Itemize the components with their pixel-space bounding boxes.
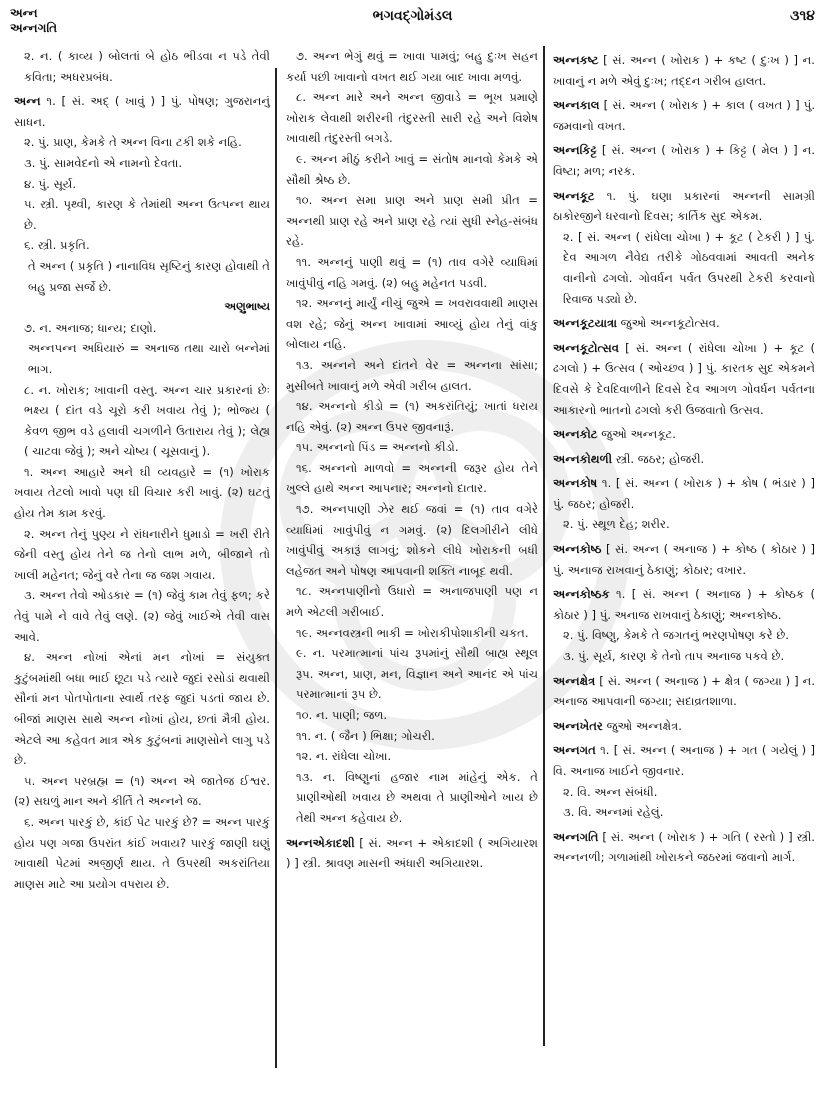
entry-text: જુઓ અન્નકૂટોત્સવ.	[617, 316, 720, 330]
sense-entry: ૯. ન. પરમાત્માનાં પાંચ રૂપમાંનું સૌથી બા…	[286, 643, 538, 705]
idiom-entry: ૩. અન્ન તેવો ઓડકાર = (૧) જેવું કામ તેવું…	[14, 585, 270, 647]
sense-entry: ૬. સ્ત્રી. પ્રકૃતિ.	[14, 235, 270, 256]
column-middle: ૭. અન્ન ભેગું થવું = ખાવા પામવું; બહુ દુ…	[286, 46, 538, 1086]
entry-text: ૧૧. ન. ( જૈન ) ભિક્ષા; ગોચરી.	[296, 729, 435, 743]
entry-text: ૨. અન્ન તેનું પુણ્ય ને રાંધનારીને ધુમાડો…	[14, 527, 270, 582]
headword: અન્ન	[14, 94, 41, 108]
idiom-entry: ૧૧. અન્નનું પાણી થવું = (૧) તાવ વગેરે વ્…	[286, 252, 538, 293]
idiom-entry: ૯. અન્ન મીઠું કરીને ખાવું = સંતોષ માનવો …	[286, 149, 538, 190]
sense-entry: ૮. ન. ખોરાક; ખાવાની વસ્તુ. અન્ન ચાર પ્રક…	[14, 380, 270, 462]
headword: અન્નગતિ	[553, 830, 598, 844]
headword: અન્નકોથળી	[553, 452, 612, 466]
page-header: અન્ન અન્નગતિ ભગવદ્ગોમંડલ ૩૧૪	[0, 0, 825, 44]
dictionary-entry: અન્નકૂટયાત્રા જુઓ અન્નકૂટોત્સવ.	[553, 313, 815, 334]
dictionary-entry: અન્નકોથળી સ્ત્રી. જઠર; હોજરી.	[553, 449, 815, 470]
entry-text: ૨. પું. સ્થૂળ દેહ; શરીર.	[563, 517, 670, 531]
entry-text: ૫. સ્ત્રી. પૃથ્વી, કારણ કે તેમાંથી અન્ન …	[24, 197, 270, 232]
entry-text: ૭. ન. અનાજ; ધાન્ય; દાણો.	[24, 321, 156, 335]
entry-text: ૨. પું. પ્રાણ, કેમકે તે અન્ન વિના ટકી શક…	[24, 135, 242, 149]
dictionary-entry: અન્નકાલ [ સં. અન્ન ( ખોરાક ) + કાલ ( વખત…	[553, 95, 815, 136]
sense-entry: ૨. પું. સ્થૂળ દેહ; શરીર.	[553, 514, 815, 535]
sense-entry: ૨. ન. ( કાવ્ય ) બોલતાં બે હોઠ ભીડવા ન પડ…	[14, 46, 270, 87]
sense-entry: ૨. પું. પ્રાણ, કેમકે તે અન્ન વિના ટકી શક…	[14, 132, 270, 153]
dictionary-entry: અન્નકોષ્ઠક ૧. [ સં. અન્ન ( અનાજ ) + કોષ્…	[553, 584, 815, 625]
sense-entry: ૩. પું. સૂર્ય, કારણ કે તેનો તાપ અનાજ પકવ…	[553, 646, 815, 667]
headword: અન્નકૂટ	[553, 189, 595, 203]
entry-text: ૮. ન. ખોરાક; ખાવાની વસ્તુ. અન્ન ચાર પ્રક…	[24, 383, 270, 459]
entry-text: ૯. અન્ન મીઠું કરીને ખાવું = સંતોષ માનવો …	[286, 152, 538, 187]
entry-text: ૧૧. અન્નનું પાણી થવું = (૧) તાવ વગેરે વ્…	[286, 255, 538, 290]
dictionary-entry: અન્નએકાદશી [ સં. અન્ન + એકાદશી ( અગિયારશ…	[286, 833, 538, 874]
dictionary-columns: ૨. ન. ( કાવ્ય ) બોલતાં બે હોઠ ભીડવા ન પડ…	[0, 46, 825, 1096]
entry-text: ૧૫. અન્નનો પિંડ = અન્નનો કીડો.	[296, 440, 459, 454]
book-title: ભગવદ્ગોમંડલ	[0, 8, 825, 24]
idiom-entry: ૮. અન્ન મારે અને અન્ન જીવાડે = ભૂખ પ્રમા…	[286, 87, 538, 149]
dictionary-entry: અન્નક્ષેત્ર [ સં. અન્ન ( અનાજ ) + ક્ષેત્…	[553, 671, 815, 712]
entry-text: અન્નપન્ન અધિયારું = અનાજ તથા ચારો બન્નેમ…	[28, 341, 270, 376]
idiom-entry: ૨. અન્ન તેનું પુણ્ય ને રાંધનારીને ધુમાડો…	[14, 524, 270, 586]
sense-entry: ૧૩. ન. વિષ્ણુનાં હજાર નામ માંહેનું એક. ત…	[286, 767, 538, 829]
entry-text: ૧૬. અન્નનો માળવો = અન્નની જરૂર હોય તેને …	[286, 461, 538, 496]
idiom-entry: ૧૦. અન્ન સમા પ્રાણ અને પ્રાણ સમી પ્રીત =…	[286, 190, 538, 252]
entry-text: ૩. પું. સૂર્ય, કારણ કે તેનો તાપ અનાજ પકવ…	[563, 649, 784, 663]
entry-text: ૧૮. અન્નપાણીનો ઉધારો = અનાજપાણી પણ ન મળે…	[286, 584, 538, 619]
dictionary-entry: અન્નકિટ્ટ [ સં. અન્ન ( ખોરાક ) + કિટ્ટ (…	[553, 140, 815, 181]
headword: અન્નક્ષેત્ર	[553, 674, 595, 688]
entry-text: ૨. પું. વિષ્ણુ, કેમકે તે જગતનું ભરણપોષણ …	[563, 628, 789, 642]
column-right: અન્નકષ્ટ [ સં. અન્ન ( ખોરાક ) + કષ્ટ ( દ…	[553, 46, 815, 1086]
headword: અન્નકૂટોત્સવ	[553, 341, 619, 355]
entry-text: ૨. [ સં. અન્ન ( રાંધેલા ચોખા ) + કૂટ ( ટ…	[563, 230, 815, 306]
idiom-entry: ૧૪. અન્નનો કીડો = (૧) અકરાંતિયું; ખાતાં …	[286, 396, 538, 437]
entry-text: જુઓ અન્નકૂટ.	[598, 427, 676, 441]
idiom-entry: ૧૬. અન્નનો માળવો = અન્નની જરૂર હોય તેને …	[286, 458, 538, 499]
entry-text: ૩. વિ. અન્નમાં રહેલું.	[563, 805, 663, 819]
entry-text: ૧૨. અન્નનું માર્યું નીચું જુએ = ખવરાવવાથ…	[286, 296, 538, 351]
column-left: ૨. ન. ( કાવ્ય ) બોલતાં બે હોઠ ભીડવા ન પડ…	[14, 46, 270, 1086]
headword: અન્નકષ્ટ	[553, 53, 599, 67]
source-citation: અણુભાષ્ય	[14, 297, 270, 318]
dictionary-entry: અન્નકષ્ટ [ સં. અન્ન ( ખોરાક ) + કષ્ટ ( દ…	[553, 50, 815, 91]
dictionary-entry: અન્નકૂટ ૧. પું. ઘણા પ્રકારનાં અન્નની સામ…	[553, 186, 815, 227]
headword: અન્નએકાદશી	[286, 836, 355, 850]
headword: અન્નખેતર	[553, 719, 603, 733]
dictionary-entry: અન્નખેતર જુઓ અન્નક્ષેત્ર.	[553, 716, 815, 737]
sense-entry: ૨. પું. વિષ્ણુ, કેમકે તે જગતનું ભરણપોષણ …	[553, 625, 815, 646]
dictionary-entry: અન્નકોટ જુઓ અન્નકૂટ.	[553, 424, 815, 445]
idiom-entry: ૧. અન્ન આહારે અને ઘી વ્યવહારે = (૧) ખોરા…	[14, 462, 270, 524]
entry-text: ૨. ન. ( કાવ્ય ) બોલતાં બે હોઠ ભીડવા ન પડ…	[24, 49, 270, 84]
sense-entry: ૨. વિ. અન્ન સંબંધી.	[553, 782, 815, 803]
idiom-entry: ૫. અન્ન પરબ્રહ્મ = (૧) અન્ન એ જાતેજ ઈશ્વ…	[14, 771, 270, 812]
sense-entry: ૧૦. ન. પાણી; જળ.	[286, 705, 538, 726]
dictionary-entry: અન્નકોષ્ઠ [ સં. અન્ન ( અનાજ ) + કોષ્ઠ ( …	[553, 539, 815, 580]
column-divider-2	[543, 46, 545, 1046]
idiom-entry: ૧૫. અન્નનો પિંડ = અન્નનો કીડો.	[286, 437, 538, 458]
entry-text: ૪. અન્ન નોખાં એનાં મન નોખાં = સંયુક્ત કુ…	[14, 650, 270, 767]
dictionary-entry: અન્નકૂટોત્સવ [ સં. અન્ન ( રાંધેલા ચોખા )…	[553, 338, 815, 420]
entry-text: સ્ત્રી. જઠર; હોજરી.	[612, 452, 704, 466]
sense-entry: ૧૨. ન. રાંધેલા ચોખા.	[286, 746, 538, 767]
idiom-entry: ૧૩. અન્નને અને દાંતને વેર = અન્નના સાંસા…	[286, 355, 538, 396]
headword: અન્નકૂટયાત્રા	[553, 316, 617, 330]
sense-entry: ૧૧. ન. ( જૈન ) ભિક્ષા; ગોચરી.	[286, 726, 538, 747]
entry-text: ૧૩. અન્નને અને દાંતને વેર = અન્નના સાંસા…	[286, 358, 538, 393]
entry-text: ૩. અન્ન તેવો ઓડકાર = (૧) જેવું કામ તેવું…	[14, 588, 270, 643]
entry-text: ૩. પું. સામવેદનો એ નામનો દેવતા.	[24, 156, 182, 170]
headword: અન્નકાલ	[553, 98, 599, 112]
idiom-entry: ૧૯. અન્નવસ્ત્રની ભાકી = ખોરાકીપોશાકીની ચ…	[286, 623, 538, 644]
headword: અન્નકોષ્ઠક	[553, 587, 610, 601]
idiom-entry: ૧૮. અન્નપાણીનો ઉધારો = અનાજપાણી પણ ન મળે…	[286, 581, 538, 622]
sense-entry: અન્નપન્ન અધિયારું = અનાજ તથા ચારો બન્નેમ…	[14, 338, 270, 379]
entry-text: ૧૪. અન્નનો કીડો = (૧) અકરાંતિયું; ખાતાં …	[286, 399, 538, 434]
entry-text: ૯. ન. પરમાત્માનાં પાંચ રૂપમાંનું સૌથી બા…	[296, 646, 538, 701]
headword: અન્નકોષ્ઠ	[553, 542, 601, 556]
dictionary-entry: અન્ન ૧. [ સં. અદ્ ( ખાવું ) ] પું. પોષણ;…	[14, 91, 270, 132]
entry-text: ૧. [ સં. અદ્ ( ખાવું ) ] પું. પોષણ; ગુજર…	[14, 94, 270, 129]
sense-entry: ૭. ન. અનાજ; ધાન્ય; દાણો.	[14, 318, 270, 339]
entry-text: ૧૭. અન્નપાણી ઝેર થઈ જવાં = (૧) તાવ વગેરે…	[286, 502, 538, 578]
entry-text: ૬. સ્ત્રી. પ્રકૃતિ.	[24, 238, 90, 252]
entry-text: ૧. અન્ન આહારે અને ઘી વ્યવહારે = (૧) ખોરા…	[14, 465, 270, 520]
entry-text: ૧૦. અન્ન સમા પ્રાણ અને પ્રાણ સમી પ્રીત =…	[286, 193, 538, 248]
entry-text: ૧૩. ન. વિષ્ણુનાં હજાર નામ માંહેનું એક. ત…	[296, 770, 538, 825]
headword: અન્નકોટ	[553, 427, 598, 441]
entry-text: ૬. અન્ન પારકું છે, કાંઈ પેટ પારકું છે? =…	[14, 815, 270, 891]
sense-entry: ૩. વિ. અન્નમાં રહેલું.	[553, 802, 815, 823]
entry-text: ૮. અન્ન મારે અને અન્ન જીવાડે = ભૂખ પ્રમા…	[286, 90, 538, 145]
entry-text: તે અન્ન ( પ્રકૃતિ ) નાનાવિધ સૃષ્ટિનું કા…	[28, 259, 270, 294]
entry-text: ૧૯. અન્નવસ્ત્રની ભાકી = ખોરાકીપોશાકીની ચ…	[296, 626, 529, 640]
idiom-entry: ૪. અન્ન નોખાં એનાં મન નોખાં = સંયુક્ત કુ…	[14, 647, 270, 771]
sense-entry: ૨. [ સં. અન્ન ( રાંધેલા ચોખા ) + કૂટ ( ટ…	[553, 227, 815, 309]
sense-entry: ૫. સ્ત્રી. પૃથ્વી, કારણ કે તેમાંથી અન્ન …	[14, 194, 270, 235]
entry-text: અણુભાષ્ય	[225, 300, 270, 313]
entry-text: ૭. અન્ન ભેગું થવું = ખાવા પામવું; બહુ દુ…	[286, 49, 538, 84]
entry-text: ૪. પું. સૂર્ય.	[24, 177, 76, 191]
idiom-entry: ૬. અન્ન પારકું છે, કાંઈ પેટ પારકું છે? =…	[14, 812, 270, 894]
entry-text: ૨. વિ. અન્ન સંબંધી.	[563, 785, 657, 799]
headword: અન્નકોષ	[553, 476, 597, 490]
entry-text: ૧૨. ન. રાંધેલા ચોખા.	[296, 749, 391, 763]
idiom-entry: ૧૨. અન્નનું માર્યું નીચું જુએ = ખવરાવવાથ…	[286, 293, 538, 355]
dictionary-entry: અન્નકોષ ૧. [ સં. અન્ન ( ખોરાક ) + કોષ ( …	[553, 473, 815, 514]
headword: અન્નકિટ્ટ	[553, 143, 597, 157]
entry-text: ૫. અન્ન પરબ્રહ્મ = (૧) અન્ન એ જાતેજ ઈશ્વ…	[14, 774, 270, 809]
sense-entry: ૩. પું. સામવેદનો એ નામનો દેવતા.	[14, 153, 270, 174]
sense-entry: ૪. પું. સૂર્ય.	[14, 174, 270, 195]
page-number: ૩૧૪	[790, 8, 815, 24]
entry-text: જુઓ અન્નક્ષેત્ર.	[603, 719, 682, 733]
sense-entry: તે અન્ન ( પ્રકૃતિ ) નાનાવિધ સૃષ્ટિનું કા…	[14, 256, 270, 297]
dictionary-entry: અન્નગત ૧. [ સં. અન્ન ( અનાજ ) + ગત ( ગયે…	[553, 740, 815, 781]
column-divider-1	[275, 68, 277, 1068]
idiom-entry: ૭. અન્ન ભેગું થવું = ખાવા પામવું; બહુ દુ…	[286, 46, 538, 87]
headword: અન્નગત	[553, 743, 596, 757]
idiom-entry: ૧૭. અન્નપાણી ઝેર થઈ જવાં = (૧) તાવ વગેરે…	[286, 499, 538, 581]
dictionary-entry: અન્નગતિ [ સં. અન્ન ( ખોરાક ) + ગતિ ( રસ્…	[553, 827, 815, 868]
entry-text: ૧૦. ન. પાણી; જળ.	[296, 708, 387, 722]
